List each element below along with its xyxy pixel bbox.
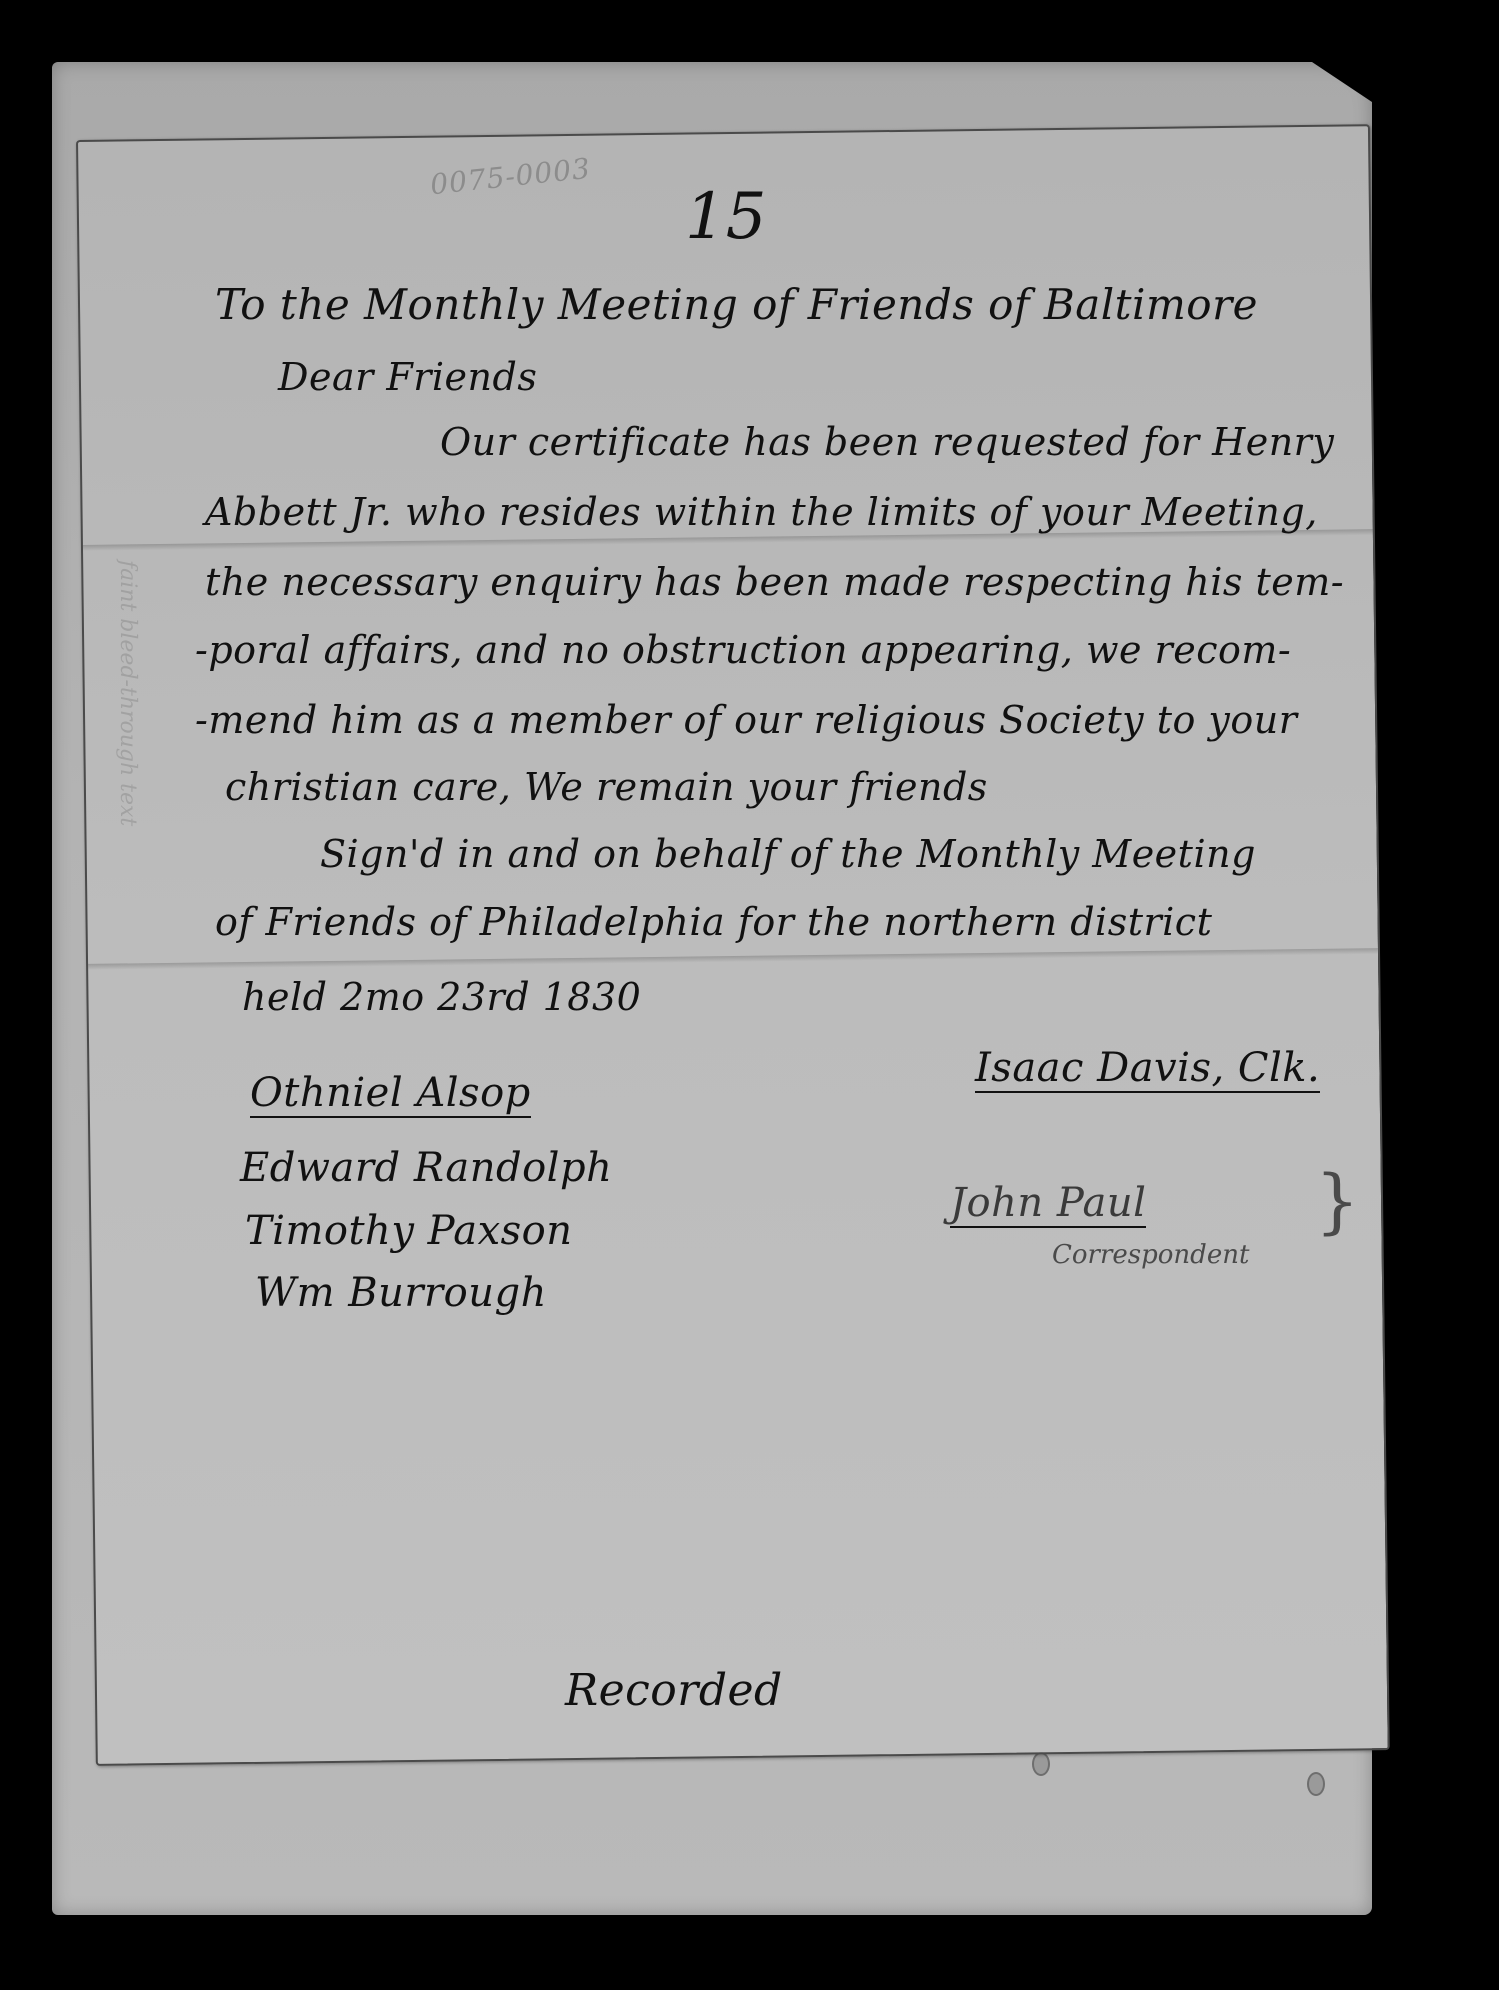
- ink-spot: [1307, 1772, 1325, 1796]
- body-line: Our certificate has been requested for H…: [440, 420, 1334, 464]
- page-number: 15: [685, 180, 766, 254]
- ink-spot: [1032, 1752, 1050, 1776]
- signature-clerk-isaac-davis: Isaac Davis, Clk.: [975, 1045, 1320, 1093]
- recorded-note: Recorded: [565, 1665, 783, 1716]
- brace-mark: }: [1315, 1160, 1360, 1242]
- signature-wm-burrough: Wm Burrough: [255, 1270, 547, 1316]
- greeting: Dear Friends: [278, 355, 537, 399]
- letter-sheet: [76, 124, 1390, 1766]
- body-line: -mend him as a member of our religious S…: [195, 698, 1297, 742]
- salutation-heading: To the Monthly Meeting of Friends of Bal…: [215, 280, 1258, 329]
- correspondent-label: Correspondent: [1052, 1240, 1249, 1270]
- signature-othniel-alsop: Othniel Alsop: [250, 1070, 531, 1118]
- signature-edward-randolph: Edward Randolph: [240, 1145, 612, 1191]
- body-line: the necessary enquiry has been made resp…: [205, 560, 1344, 604]
- body-line: Abbett Jr. who resides within the limits…: [205, 490, 1318, 534]
- signature-timothy-paxson: Timothy Paxson: [245, 1208, 573, 1254]
- meeting-date: held 2mo 23rd 1830: [242, 975, 641, 1019]
- signature-john-paul: John Paul: [950, 1180, 1146, 1228]
- signed-line: Sign'd in and on behalf of the Monthly M…: [320, 832, 1256, 876]
- body-line: -poral affairs, and no obstruction appea…: [195, 628, 1291, 672]
- signed-line: of Friends of Philadelphia for the north…: [215, 900, 1212, 944]
- fold-line: [88, 948, 1378, 970]
- body-line: christian care, We remain your friends: [225, 765, 988, 809]
- margin-bleed-through: faint bleed-through text: [115, 560, 140, 826]
